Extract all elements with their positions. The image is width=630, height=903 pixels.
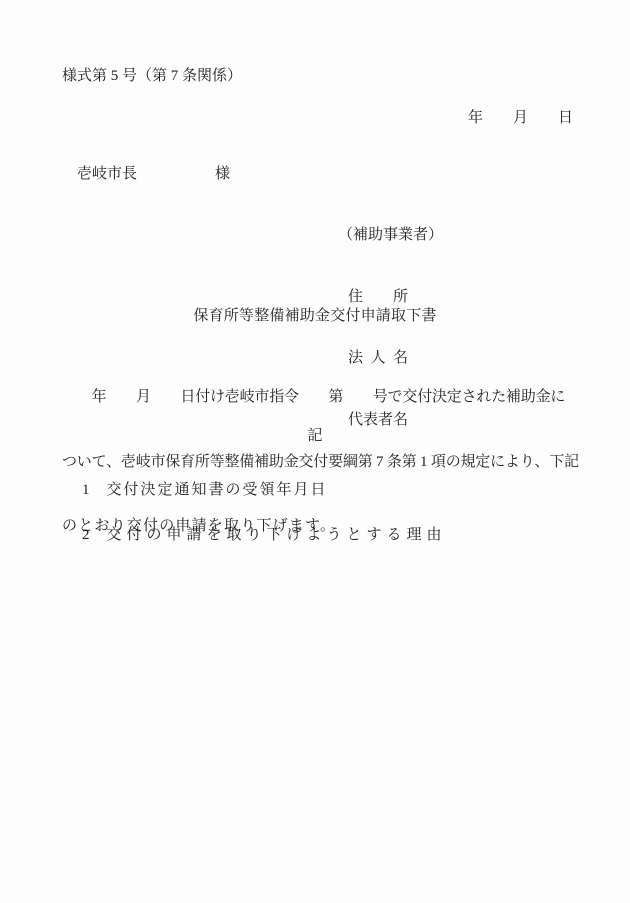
list-item-1-number: 1 <box>82 482 90 499</box>
document-title: 保育所等整備補助金交付申請取下書 <box>0 304 630 325</box>
list-item-2-number: 2 <box>82 527 90 544</box>
body-line-1: 年 月 日付け壱岐市指令 第 号で交付決定された補助金に <box>62 387 579 409</box>
form-number: 様式第 5 号（第 7 条関係） <box>62 64 242 85</box>
addressee: 壱岐市長 <box>77 166 137 182</box>
date-line: 年 月 日 <box>468 106 573 127</box>
list-item-2: 2交付の申請を取り下げようとする理由 <box>67 506 447 561</box>
applicant-header: （補助事業者） <box>338 225 443 246</box>
honorific-label: 様 <box>215 166 230 182</box>
record-marker: 記 <box>0 424 630 445</box>
list-item-1-text: 交付決定通知書の受領年月日 <box>107 482 328 498</box>
addressee-line: 壱岐市長様 <box>62 145 230 200</box>
list-item-2-text: 交付の申請を取り下げようとする理由 <box>107 527 447 543</box>
document-page: 様式第 5 号（第 7 条関係） 年 月 日 壱岐市長様 （補助事業者） 住所 … <box>0 0 630 903</box>
